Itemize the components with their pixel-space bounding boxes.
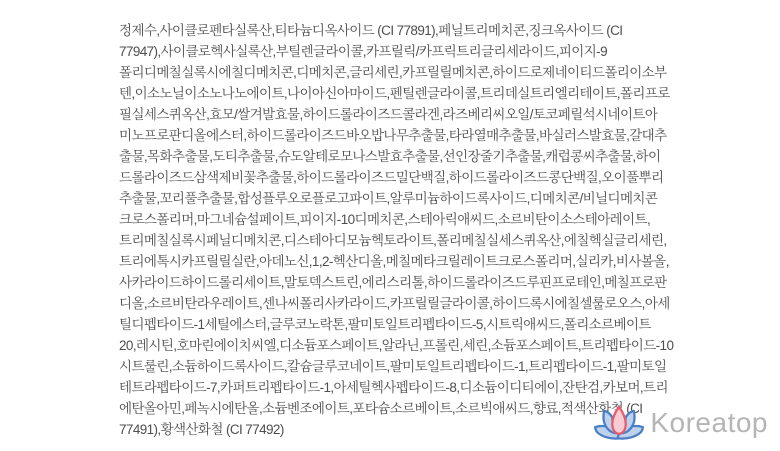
ingredient-text-line: 77947),사이클로헥사실록산,부틸렌글라이콜,카프릴릭/카프릭트리글리세라이… (119, 41, 667, 62)
ingredient-text-line: 트리메칠실록시페닐디메치콘,디스테아디모늄헥토라이트,폴리메칠실세스퀴옥산,에칠… (119, 230, 667, 251)
ingredient-text-line: 20,레시틴,호마린에이치씨엘,디소듐포스페이트,알라닌,프롤린,세린,소듐포스… (119, 335, 667, 356)
ingredient-text-line: 틸디펩타이드-1세틸에스터,글루코노락톤,팔미토일트리펩타이드-5,시트릭애씨드… (119, 314, 667, 335)
ingredient-text-line: 시트룰린,소듐하이드록사이드,칼슘글루코네이트,팔미토일트리펩타이드-1,트리펩… (119, 356, 667, 377)
ingredient-text-line: 출물,목화추출물,도티추출물,슈도알테로모나스발효추출물,선인장줄기추출물,캐럽… (119, 146, 667, 167)
ingredient-text-line: 에탄올아민,페녹시에탄올,소듐벤조에이트,포타슘소르베이트,소르빅애씨드,향료,… (119, 398, 667, 419)
ingredient-text-line: 텐,이소노닐이소노나노에이트,나이아신아마이드,펜틸렌글라이콜,트리데실트리엘리… (119, 83, 667, 104)
ingredient-text-line: 디올,소르비탄라우레이트,센나씨폴리사카라이드,카프릴릴글라이콜,하이드록시에칠… (119, 293, 667, 314)
brand-name: Koreatop (650, 409, 768, 437)
lotus-icon (592, 404, 646, 442)
page: 정제수,사이클로펜타실록산,티타늄디옥사이드 (CI 77891),페닐트리메치… (0, 0, 780, 451)
ingredient-text-line: 트리에톡시카프릴릴실란,아데노신,1,2-헥산디올,메칠메타크릴레이트크로스폴리… (119, 251, 667, 272)
brand-watermark: Koreatop (592, 404, 768, 442)
ingredient-text-line: 정제수,사이클로펜타실록산,티타늄디옥사이드 (CI 77891),페닐트리메치… (119, 20, 667, 41)
ingredient-text-line: 테트라펩타이드-7,카퍼트리펩타이드-1,아세틸헥사펩타이드-8,디소듐이디티에… (119, 377, 667, 398)
ingredient-text-line: 사카라이드하이드롤리세이트,말토덱스트린,에리스리톨,하이드롤라이즈드루핀프로테… (119, 272, 667, 293)
ingredient-text-line: 폴리디메칠실록시에칠디메치콘,디메치콘,글리세린,카프릴릴메치콘,하이드로제네이… (119, 62, 667, 83)
ingredient-text-line: 드롤라이즈드삼색제비꽃추출물,하이드롤라이즈드밀단백질,하이드롤라이즈드콩단백질… (119, 167, 667, 188)
ingredient-text-line: 추출물,꼬리풀추출물,합성플루오로플로고파이트,알루미늄하이드록사이드,디메치콘… (119, 188, 667, 209)
ingredient-text-line: 크로스폴리머,마그네슘설페이트,피이지-10디메치콘,스테아릭애씨드,소르비탄이… (119, 209, 667, 230)
ingredient-text-line: 77491),황색산화철 (CI 77492) (119, 419, 667, 440)
ingredient-text-line: 미노프로판디올에스터,하이드롤라이즈드바오밥나무추출물,타라열매추출물,바실러스… (119, 125, 667, 146)
ingredient-text-line: 필실세스퀴옥산,효모/쌀겨발효물,하이드롤라이즈드콜라겐,라즈베리씨오일/토코페… (119, 104, 667, 125)
ingredient-list: 정제수,사이클로펜타실록산,티타늄디옥사이드 (CI 77891),페닐트리메치… (119, 20, 667, 440)
